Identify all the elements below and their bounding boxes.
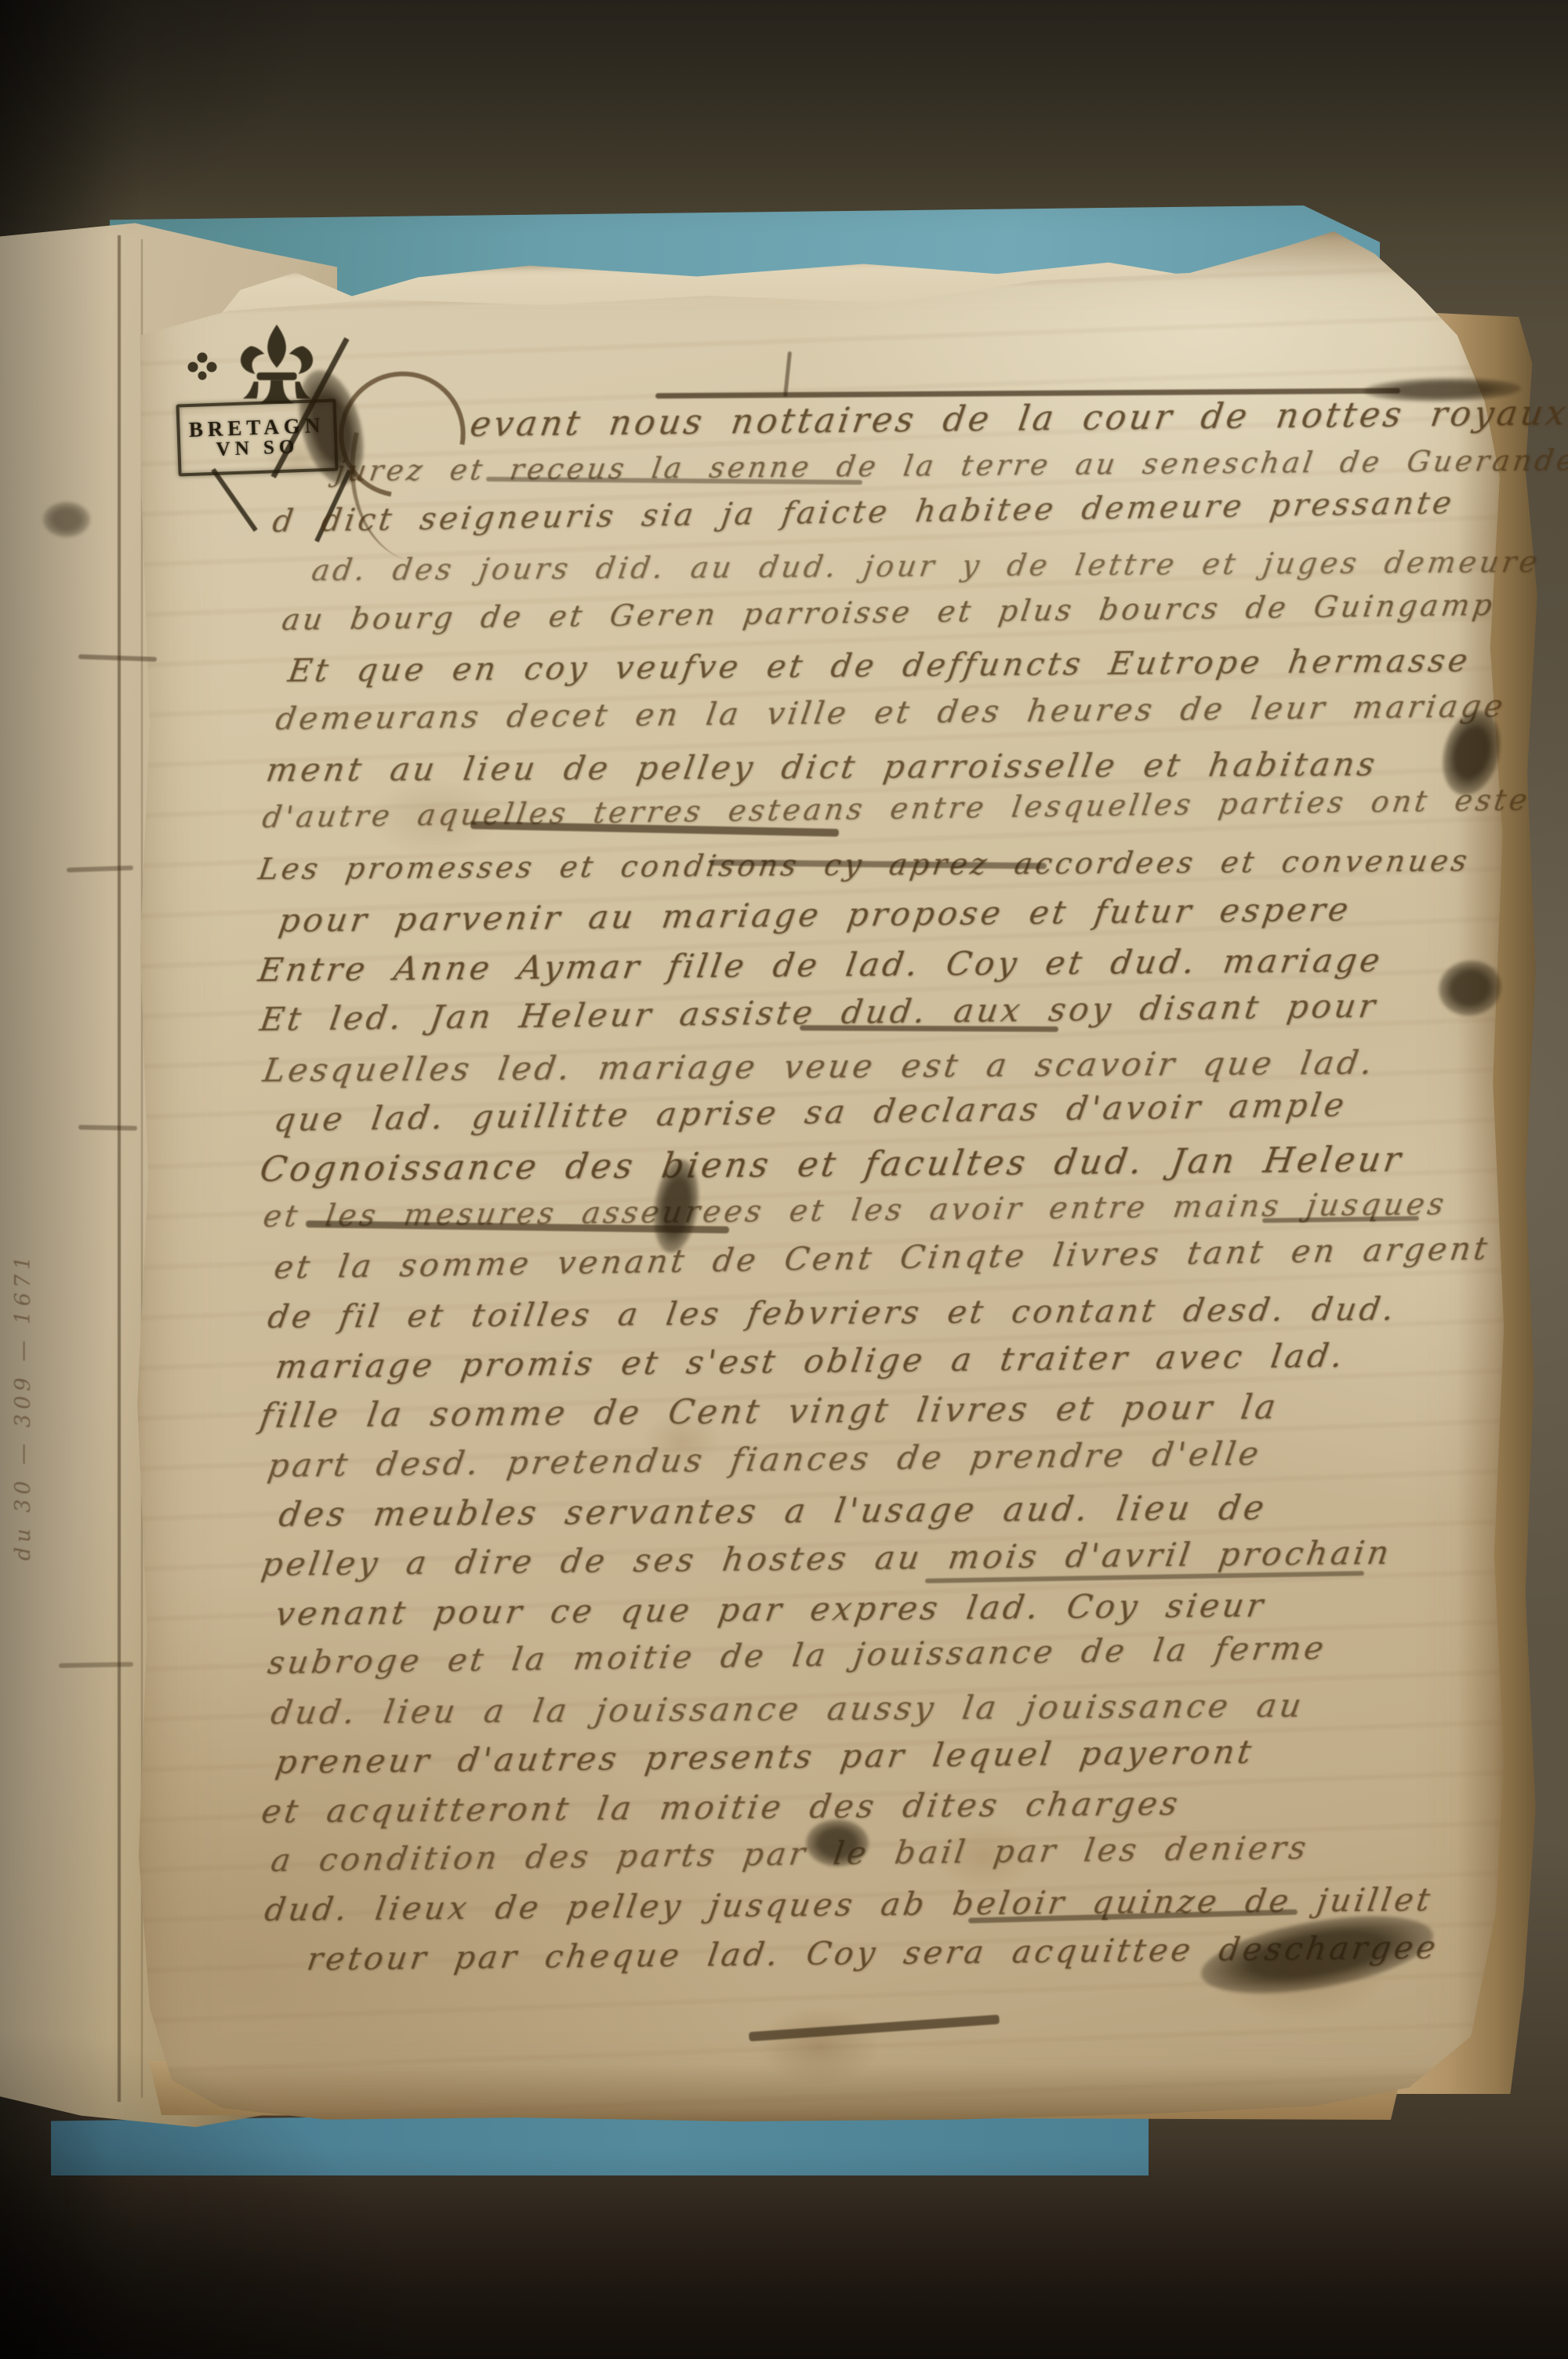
quatrefoil-mark-icon (187, 351, 218, 383)
stamp-cartouche: BRETAGN VN SO (176, 398, 338, 476)
marginal-note: du 30 — 309 — 1671 (11, 1153, 35, 1561)
stamp-text-line2: VN SO (216, 437, 299, 460)
stamp-text-line1: BRETAGN (188, 414, 325, 441)
photographed-manuscript: BRETAGN VN SO du 30 — 309 — 1671 evant n… (0, 0, 1568, 2359)
page-fold-crease (118, 235, 121, 2102)
